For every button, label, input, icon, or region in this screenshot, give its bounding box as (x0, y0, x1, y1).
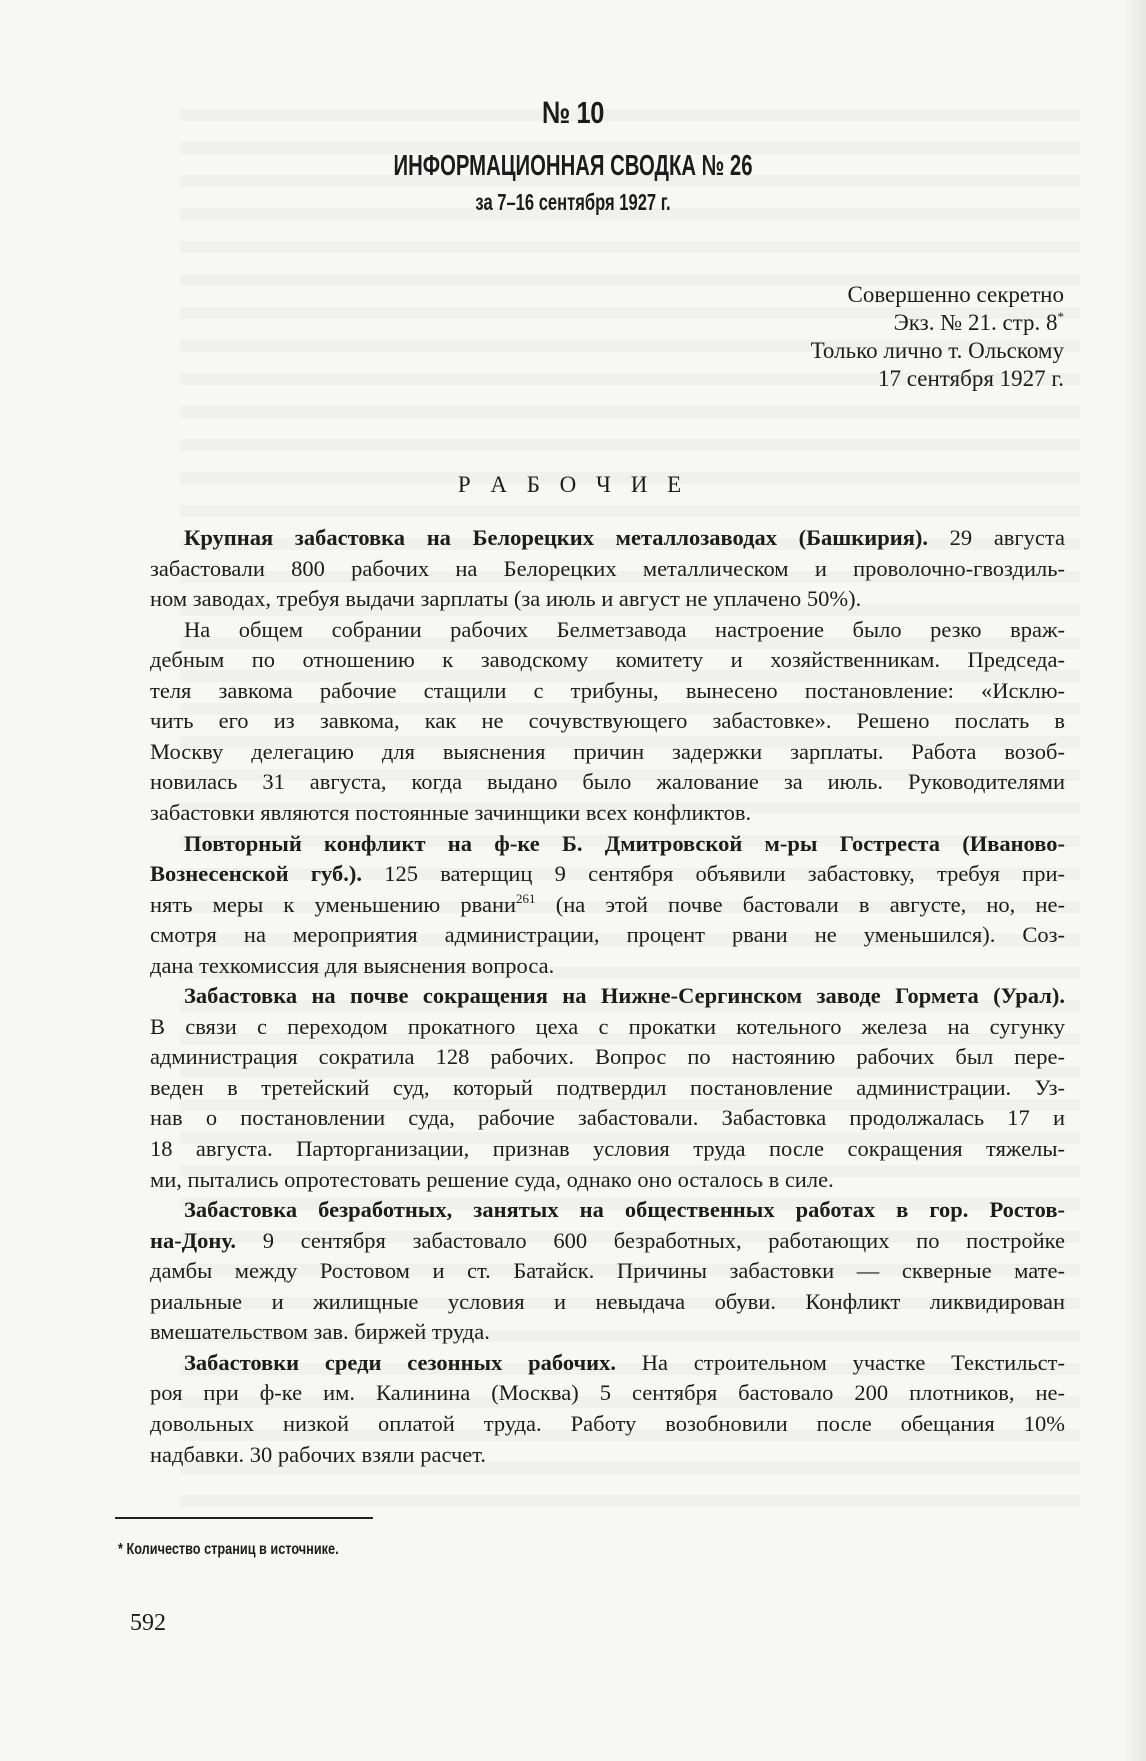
footnote: * Количество страниц в источнике. (118, 1541, 339, 1559)
text-line: веден в третейский суд, который подтверд… (150, 1073, 1065, 1103)
text-line: довольных низкой оплатой труда. Работу в… (150, 1409, 1065, 1439)
text-line: смотря на мероприятия администрации, про… (150, 920, 1065, 950)
text-line: Повторный конфликт на ф-ке Б. Дмитровско… (184, 829, 1065, 859)
copy-number: Экз. № 21. стр. 8* (894, 309, 1064, 337)
text-line: администрация сократила 128 рабочих. Воп… (150, 1042, 1065, 1072)
paragraph-heading: Забастовка безработных, занятых на общес… (184, 1197, 1065, 1222)
text-line: роя при ф-ке им. Калинина (Москва) 5 сен… (150, 1378, 1065, 1408)
paragraph-heading: Крупная забастовка на Белорецких металло… (184, 525, 928, 550)
paragraph-heading: на-Дону. (150, 1228, 236, 1253)
paragraph-heading: Забастовка на почве сокращения на Нижне-… (184, 983, 1065, 1008)
text-line: Крупная забастовка на Белорецких металло… (184, 523, 1065, 553)
page-edge-shadow (1124, 0, 1146, 1761)
text-line: Забастовки среди сезонных рабочих. На ст… (184, 1348, 1065, 1378)
text-line: вмешательством зав. биржей труда. (150, 1317, 1065, 1347)
text-line: дана техкомиссия для выяснения вопроса. (150, 951, 1065, 981)
text-line: В связи с переходом прокатного цеха с пр… (150, 1012, 1065, 1042)
text-line: забастовали 800 рабочих на Белорецких ме… (150, 554, 1065, 584)
text-line: на-Дону. 9 сентября забастовало 600 безр… (150, 1226, 1065, 1256)
text-line: теля завкома рабочие стащили с трибуны, … (150, 676, 1065, 706)
text-line: На общем собрании рабочих Белметзавода н… (184, 615, 1065, 645)
text-line: чить его из завкома, как не сочувствующе… (150, 706, 1065, 736)
text-line: Забастовка безработных, занятых на общес… (184, 1195, 1065, 1225)
text-line: дебным по отношению к заводскому комитет… (150, 645, 1065, 675)
document-date: 17 сентября 1927 г. (878, 365, 1064, 393)
text-line: 18 августа. Парторганизации, признав усл… (150, 1134, 1065, 1164)
footnote-reference: 261 (516, 891, 536, 906)
section-title: Р А Б О Ч И Е (0, 472, 1146, 498)
secrecy-stamp: Совершенно секретно (847, 281, 1064, 309)
text-line: надбавки. 30 рабочих взяли расчет. (150, 1440, 1065, 1470)
document-number: № 10 (103, 95, 1043, 131)
paragraph-heading: Вознесенской губ.). (150, 861, 362, 886)
text-line: дамбы между Ростовом и ст. Батайск. Прич… (150, 1256, 1065, 1286)
addressee: Только лично т. Ольскому (811, 337, 1064, 365)
text-line: ми, пытались опротестовать решение суда,… (150, 1165, 1065, 1195)
text-line: забастовки являются постоянные зачинщики… (150, 798, 1065, 828)
footnote-marker: * (1058, 309, 1065, 324)
footnote-rule (115, 1517, 373, 1519)
document-title: ИНФОРМАЦИОННАЯ СВОДКА № 26 (172, 150, 974, 183)
paragraph-heading: Повторный конфликт на ф-ке Б. Дмитровско… (184, 831, 1065, 856)
paragraph-heading: Забастовки среди сезонных рабочих. (184, 1350, 616, 1375)
text-line: Вознесенской губ.). 125 ватерщиц 9 сентя… (150, 859, 1065, 889)
text-line: Москву делегацию для выяснения причин за… (150, 737, 1065, 767)
text-line: нять меры к уменьшению рвани261 (на этой… (150, 890, 1065, 920)
document-page: № 10 ИНФОРМАЦИОННАЯ СВОДКА № 26 за 7–16 … (0, 0, 1146, 1761)
text-line: ном заводах, требуя выдачи зарплаты (за … (150, 584, 1065, 614)
page-number: 592 (130, 1610, 166, 1637)
document-period: за 7–16 сентября 1927 г. (160, 189, 985, 216)
text-line: нав о постановлении суда, рабочие забаст… (150, 1103, 1065, 1133)
text-line: Забастовка на почве сокращения на Нижне-… (184, 981, 1065, 1011)
text-line: новилась 31 августа, когда выдано было ж… (150, 767, 1065, 797)
text-line: риальные и жилищные условия и невыдача о… (150, 1287, 1065, 1317)
